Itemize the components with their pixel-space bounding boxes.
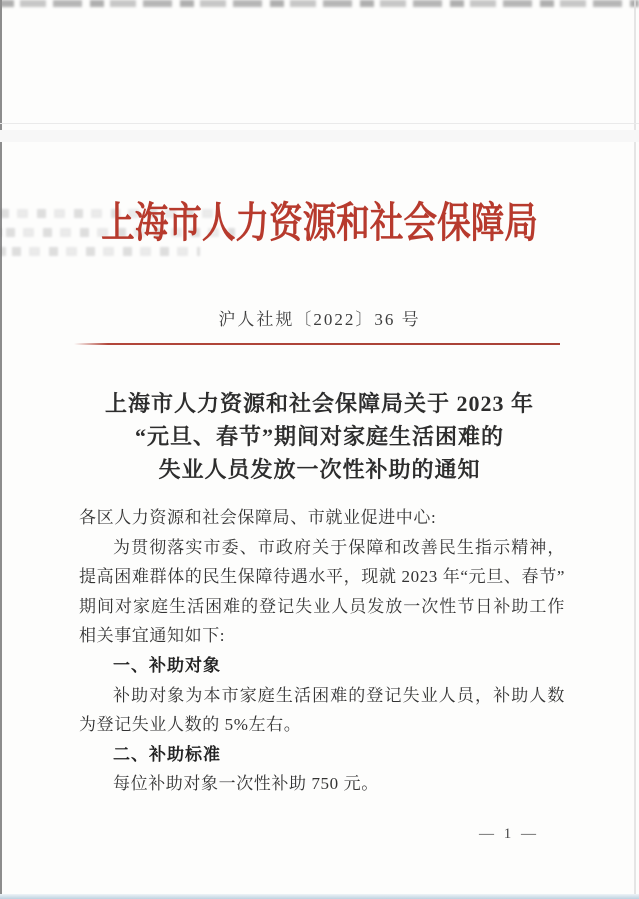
agency-name: 上海市人力资源和社会保障局 (64, 198, 575, 250)
document-title-line-1: 上海市人力资源和社会保障局关于 2023 年 (0, 387, 639, 420)
scan-faint-band-artifact (0, 130, 639, 142)
section-2-heading: 二、补助标准 (79, 740, 565, 770)
salutation: 各区人力资源和社会保障局、市就业促进中心: (79, 503, 565, 533)
scan-top-edge-artifact (0, 0, 639, 7)
document-title-line-3: 失业人员发放一次性补助的通知 (0, 453, 639, 486)
scanned-document-page: 上海市人力资源和社会保障局 沪人社规〔2022〕36 号 上海市人力资源和社会保… (0, 0, 639, 899)
document-title: 上海市人力资源和社会保障局关于 2023 年 “元旦、春节”期间对家庭生活困难的… (0, 387, 639, 486)
intro-paragraph: 为贯彻落实市委、市政府关于保障和改善民生指示精神，提高困难群体的民生保障待遇水平… (79, 533, 565, 651)
doc-number: 沪人社规〔2022〕36 号 (0, 305, 639, 330)
section-2-text: 每位补助对象一次性补助 750 元。 (79, 769, 565, 799)
scan-faint-line-artifact (0, 123, 639, 124)
document-body: 各区人力资源和社会保障局、市就业促进中心: 为贯彻落实市委、市政府关于保障和改善… (79, 503, 565, 799)
section-1-heading: 一、补助对象 (79, 651, 565, 681)
section-1-text: 补助对象为本市家庭生活困难的登记失业人员，补助人数为登记失业人数的 5%左右。 (79, 681, 565, 740)
red-divider (74, 343, 560, 345)
page-number: — 1 — (479, 826, 539, 843)
scan-bottom-edge-artifact (0, 894, 639, 899)
document-title-line-2: “元旦、春节”期间对家庭生活困难的 (0, 420, 639, 453)
